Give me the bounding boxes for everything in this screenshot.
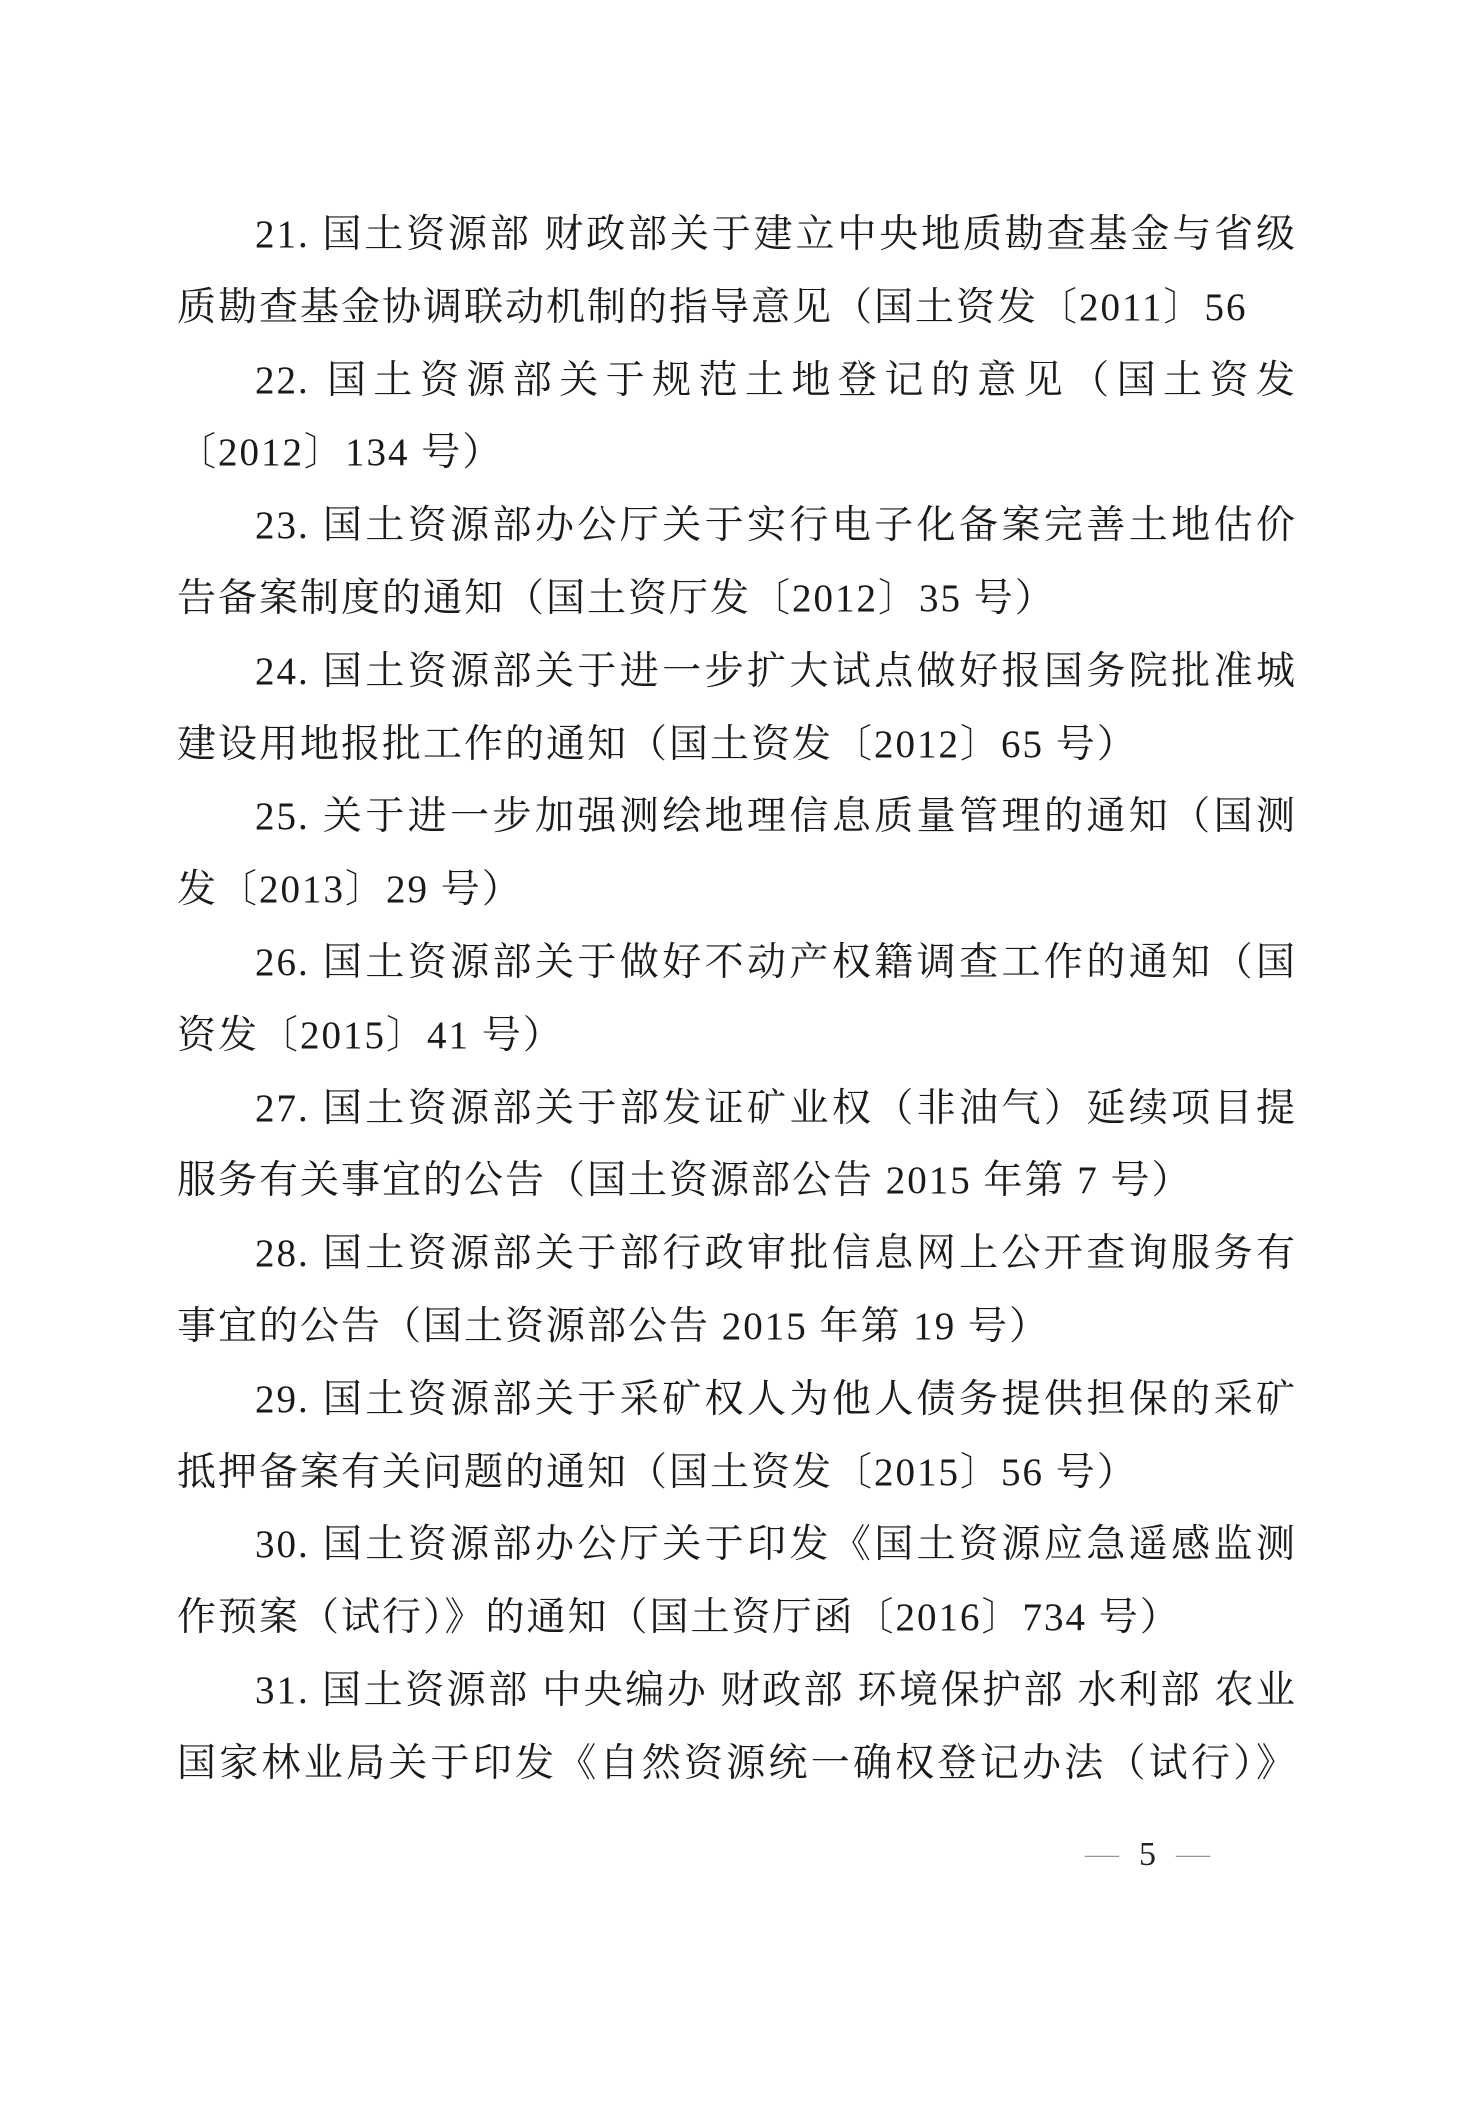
item-30-line-1: 30. 国土资源部办公厅关于印发《国土资源应急遥感监测工 bbox=[177, 1509, 1297, 1582]
item-25-line-2: 发〔2013〕29 号） bbox=[177, 854, 1297, 927]
item-22-line-2: 〔2012〕134 号） bbox=[177, 417, 1297, 490]
item-31-line-1: 31. 国土资源部 中央编办 财政部 环境保护部 水利部 农业部 bbox=[177, 1655, 1297, 1728]
item-28-line-1: 28. 国土资源部关于部行政审批信息网上公开查询服务有关 bbox=[177, 1218, 1297, 1291]
item-27-line-2: 服务有关事宜的公告（国土资源部公告 2015 年第 7 号） bbox=[177, 1145, 1297, 1218]
page-number: — 5 — bbox=[1085, 1833, 1210, 1877]
item-26-line-2: 资发〔2015〕41 号） bbox=[177, 1000, 1297, 1073]
item-24-line-1: 24. 国土资源部关于进一步扩大试点做好报国务院批准城市 bbox=[177, 636, 1297, 709]
item-21-line-1: 21. 国土资源部 财政部关于建立中央地质勘查基金与省级地 bbox=[177, 199, 1297, 272]
document-page: 21. 国土资源部 财政部关于建立中央地质勘查基金与省级地 质勘查基金协调联动机… bbox=[0, 0, 1477, 2105]
item-21-line-2: 质勘查基金协调联动机制的指导意见（国土资发〔2011〕56 号） bbox=[177, 272, 1297, 345]
item-28-line-2: 事宜的公告（国土资源部公告 2015 年第 19 号） bbox=[177, 1291, 1297, 1364]
item-31-line-2: 国家林业局关于印发《自然资源统一确权登记办法（试行）》的 bbox=[177, 1728, 1297, 1801]
item-30-line-2: 作预案（试行）》的通知（国土资厅函〔2016〕734 号） bbox=[177, 1582, 1297, 1655]
item-23-line-1: 23. 国土资源部办公厅关于实行电子化备案完善土地估价报 bbox=[177, 490, 1297, 563]
item-26-line-1: 26. 国土资源部关于做好不动产权籍调查工作的通知（国土 bbox=[177, 927, 1297, 1000]
page-number-left-dash: — bbox=[1085, 1841, 1119, 1870]
item-29-line-2: 抵押备案有关问题的通知（国土资发〔2015〕56 号） bbox=[177, 1437, 1297, 1510]
item-25-line-1: 25. 关于进一步加强测绘地理信息质量管理的通知（国测国 bbox=[177, 781, 1297, 854]
item-24-line-2: 建设用地报批工作的通知（国土资发〔2012〕65 号） bbox=[177, 709, 1297, 782]
page-number-right-dash: — bbox=[1176, 1841, 1210, 1870]
document-body: 21. 国土资源部 财政部关于建立中央地质勘查基金与省级地 质勘查基金协调联动机… bbox=[177, 199, 1297, 1801]
item-27-line-1: 27. 国土资源部关于部发证矿业权（非油气）延续项目提醒 bbox=[177, 1073, 1297, 1146]
page-number-value: 5 bbox=[1139, 1836, 1156, 1874]
item-23-line-2: 告备案制度的通知（国土资厅发〔2012〕35 号） bbox=[177, 563, 1297, 636]
item-22-line-1: 22. 国土资源部关于规范土地登记的意见（国土资发 bbox=[177, 345, 1297, 418]
item-29-line-1: 29. 国土资源部关于采矿权人为他人债务提供担保的采矿权 bbox=[177, 1364, 1297, 1437]
